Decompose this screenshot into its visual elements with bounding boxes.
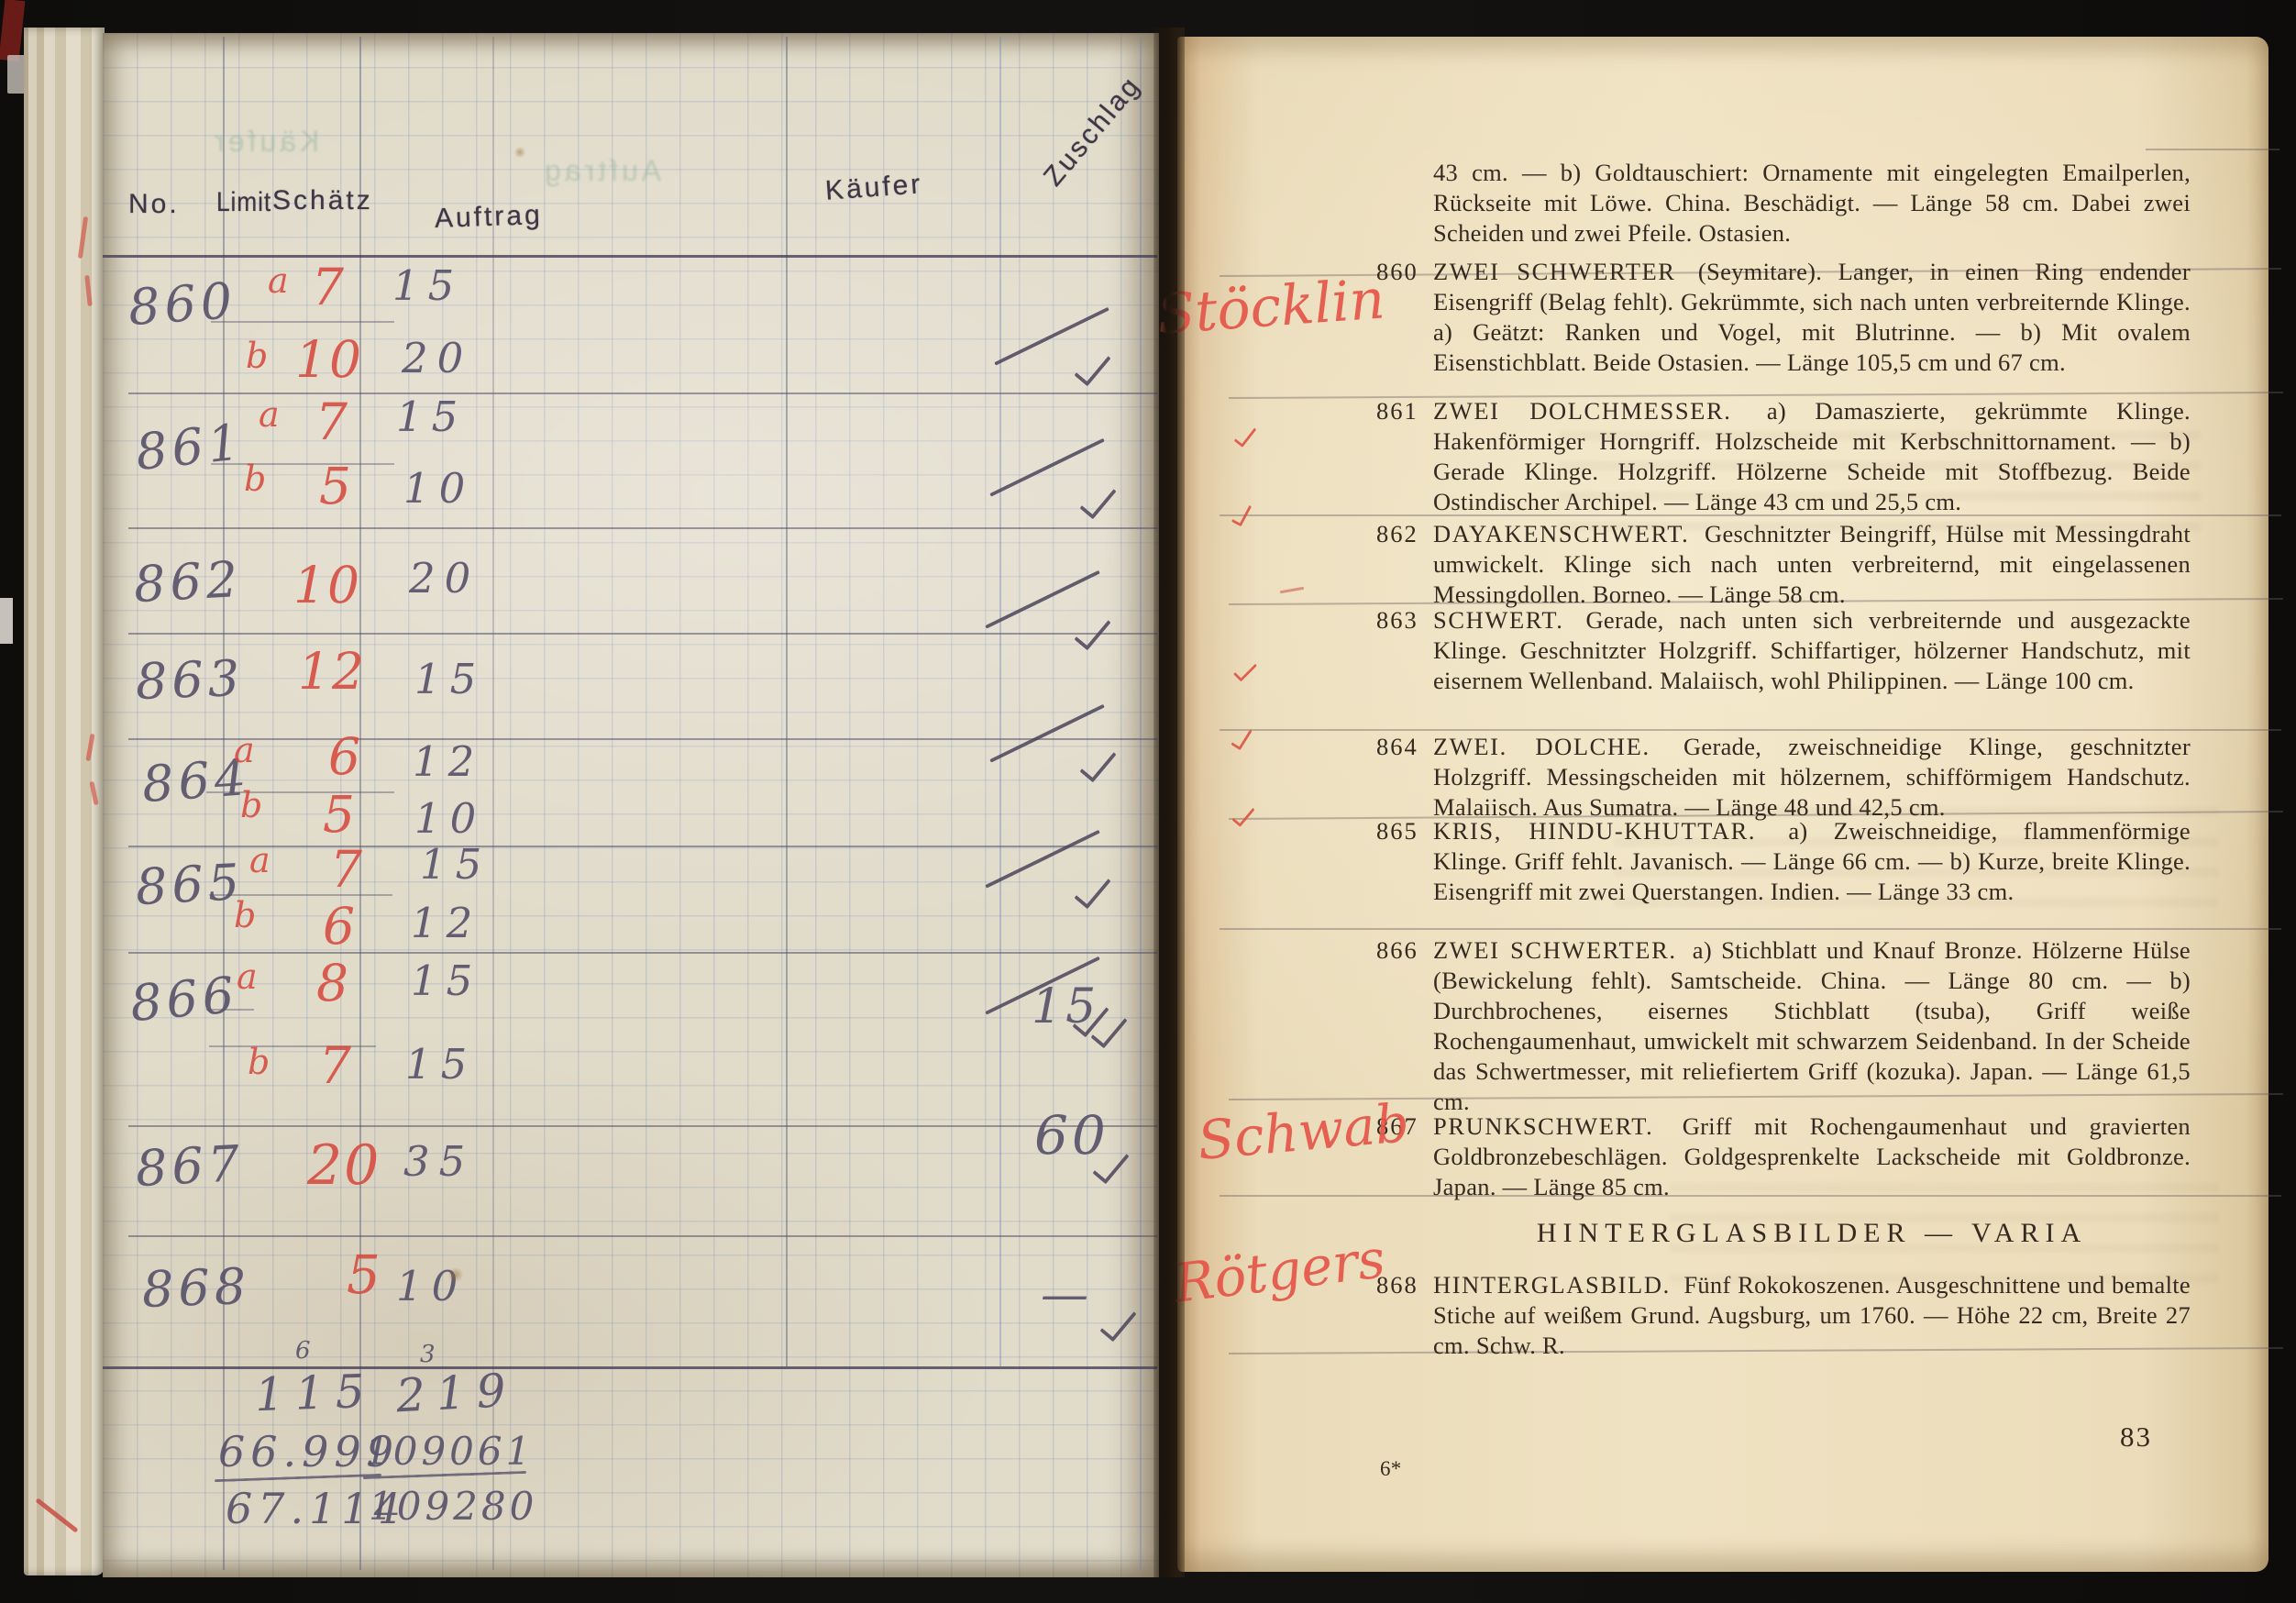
entry-divider-rule	[1220, 928, 2281, 930]
ledger-lot-number: 865	[134, 853, 245, 916]
lot-title: DAYAKENSCHWERT.	[1433, 520, 1689, 547]
limit-value: 5	[323, 785, 357, 844]
sub-lot-letter: a	[249, 840, 270, 880]
column-divider	[999, 37, 1001, 1366]
schaetz-value: 15	[414, 655, 485, 703]
schaetz-value: 12	[411, 899, 481, 947]
limit-value: 7	[319, 1036, 353, 1095]
ledger-lot-number: 868	[141, 1257, 251, 1319]
limit-value: 7	[315, 392, 349, 451]
ledger-lot-number: 867	[134, 1134, 245, 1198]
schaetz-value: 10	[403, 464, 474, 513]
totals-carry-digit: 3	[420, 1341, 436, 1368]
paper-stain	[513, 147, 526, 158]
column-header-schaetz: Schätz	[272, 185, 373, 216]
column-header-auftrag: Auftrag	[434, 200, 543, 235]
lot-number: 864	[1376, 732, 1418, 762]
column-header-limit: Limit	[216, 187, 271, 218]
lot-number: 861	[1376, 396, 1418, 426]
ledger-lot-number: 861	[133, 413, 247, 481]
signature-footnote: 6*	[1380, 1454, 1402, 1484]
catalog-lot-865: 865 KRIS, HINDU-KHUTTAR. a) Zweischneidi…	[1433, 816, 2191, 907]
row-divider	[128, 633, 1157, 635]
bleed-through-text: Auftrag	[541, 154, 661, 188]
totals-grand: 109280	[369, 1484, 537, 1529]
limit-value: 10	[293, 556, 361, 614]
limit-value: 12	[298, 642, 366, 701]
catalog-lot-861: 861 ZWEI DOLCHMESSER. a) Damaszierte, ge…	[1433, 396, 2191, 517]
header-underline	[103, 255, 1157, 258]
column-divider	[786, 37, 788, 1366]
row-divider	[128, 527, 1157, 529]
schaetz-value: 35	[403, 1137, 474, 1186]
page-number: 83	[2120, 1421, 2152, 1452]
column-divider	[1140, 37, 1142, 1570]
sub-lot-letter: b	[240, 785, 262, 825]
sub-lot-letter: a	[237, 956, 258, 997]
cover-red-edge	[0, 0, 25, 61]
ledger-lot-number: 862	[132, 550, 243, 614]
limit-value: 5	[319, 457, 353, 515]
lot-title: SCHWERT.	[1433, 606, 1563, 634]
ledger-lot-number: 866	[127, 966, 240, 1033]
column-divider	[359, 37, 361, 1570]
lot-number: 866	[1376, 935, 1418, 966]
catalog-lot-864: 864 ZWEI. DOLCHE. Gerade, zweischneidige…	[1433, 732, 2191, 823]
lot-title: HINTERGLASBILD.	[1433, 1271, 1671, 1299]
row-divider	[128, 738, 1157, 740]
zuschlag-value: 60	[1034, 1104, 1109, 1166]
column-header-no: No.	[128, 189, 180, 220]
schaetz-value: 15	[420, 840, 491, 889]
lot-title: ZWEI SCHWERTER	[1433, 258, 1676, 285]
limit-value: 7	[312, 258, 346, 316]
schaetz-value: 15	[396, 392, 467, 441]
limit-value: 10	[295, 330, 363, 389]
cover-chip	[0, 598, 13, 644]
page-stack-edge	[24, 28, 105, 1575]
totals-sum: 219	[395, 1364, 518, 1423]
ledger-lot-number: 863	[135, 649, 245, 711]
schaetz-value: 20	[409, 554, 480, 603]
lot-number: 862	[1376, 519, 1418, 549]
sub-lot-letter: b	[246, 336, 268, 376]
schaetz-value: 20	[402, 334, 472, 382]
totals-carryover: 109061	[365, 1429, 534, 1474]
column-divider	[492, 37, 494, 1570]
sub-lot-letter: a	[268, 260, 289, 301]
section-heading: HINTERGLASBILDER — VARIA	[1433, 1218, 2191, 1249]
limit-value: 8	[316, 954, 350, 1012]
row-divider	[128, 1235, 1157, 1237]
schaetz-value: 15	[405, 1040, 476, 1089]
sub-lot-letter: b	[244, 459, 266, 499]
schaetz-value: 10	[414, 794, 485, 843]
schaetz-value: 15	[411, 956, 481, 1005]
lot-title: PRUNKSCHWERT.	[1433, 1112, 1653, 1140]
catalog-lot-860: 860 ZWEI SCHWERTER (Seymitare). Langer, …	[1433, 257, 2191, 378]
lot-title: ZWEI DOLCHMESSER.	[1433, 397, 1731, 425]
lot-title: ZWEI SCHWERTER.	[1433, 936, 1677, 964]
subrow-line	[211, 321, 394, 323]
schaetz-value: 15	[392, 261, 463, 310]
catalog-lot-866: 866 ZWEI SCHWERTER. a) Stichblatt und Kn…	[1433, 935, 2191, 1117]
limit-value: 6	[323, 897, 357, 956]
sub-lot-letter: b	[248, 1042, 270, 1082]
totals-carry-digit: 6	[295, 1337, 311, 1365]
zuschlag-value: —	[1041, 1267, 1092, 1322]
entry-divider-rule	[1220, 729, 2281, 731]
zuschlag-value: 15	[1032, 979, 1099, 1034]
limit-value: 20	[307, 1133, 381, 1198]
lot-number: 863	[1376, 605, 1418, 636]
catalog-lot-863: 863 SCHWERT. Gerade, nach unten sich ver…	[1433, 605, 2191, 696]
lot-title: KRIS, HINDU-KHUTTAR.	[1433, 817, 1756, 845]
entry-divider-rule	[2146, 149, 2279, 150]
book-spread-scan: Käufer Auftrag No. Limit Schätz Auftrag …	[0, 0, 2296, 1603]
totals-sum: 115	[254, 1365, 376, 1422]
lot-title: ZWEI. DOLCHE.	[1433, 733, 1650, 760]
sub-lot-letter: b	[234, 895, 256, 935]
limit-value: 7	[330, 840, 364, 899]
row-divider	[128, 952, 1157, 954]
catalog-intro-paragraph: 43 cm. — b) Goldtauschiert: Ornamente mi…	[1433, 158, 2191, 249]
ledger-lot-number: 860	[127, 271, 238, 337]
catalog-lot-868: 868 HINTERGLASBILD. Fünf Rokokoszenen. A…	[1433, 1270, 2191, 1361]
lot-number: 865	[1376, 816, 1418, 846]
row-divider	[128, 1125, 1157, 1127]
paper-stain	[447, 1267, 464, 1282]
catalog-lot-862: 862 DAYAKENSCHWERT. Geschnitzter Beingri…	[1433, 519, 2191, 610]
row-divider	[128, 846, 1157, 847]
schaetz-value: 12	[413, 737, 483, 786]
row-divider	[128, 392, 1157, 394]
book-gutter	[1154, 28, 1185, 1577]
limit-value: 6	[328, 727, 362, 786]
limit-value: 5	[347, 1244, 382, 1306]
catalog-lot-867: 867 PRUNKSCHWERT. Griff mit Rochengaumen…	[1433, 1111, 2191, 1202]
sub-lot-letter: a	[234, 730, 255, 770]
sub-lot-letter: a	[259, 394, 280, 435]
bleed-through-text: Käufer	[211, 125, 319, 159]
